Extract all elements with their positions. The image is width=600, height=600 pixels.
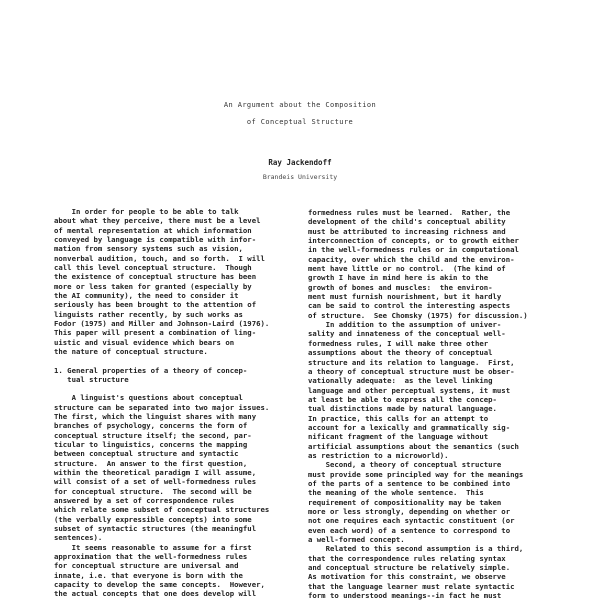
text-line: account for a lexically and grammaticall… xyxy=(308,423,560,432)
text-line: can be said to control the interesting a… xyxy=(308,301,560,310)
text-line: that the language learner must relate sy… xyxy=(308,582,560,591)
text-line: structure. An answer to the first questi… xyxy=(54,459,306,468)
text-line: 1. General properties of a theory of con… xyxy=(54,366,306,375)
text-line: for conceptual structure are universal a… xyxy=(54,561,306,570)
text-line: It seems reasonable to assume for a firs… xyxy=(54,543,306,552)
text-line xyxy=(54,384,306,393)
text-line: conveyed by language is compatible with … xyxy=(54,235,306,244)
text-line: uistic and visual evidence which bears o… xyxy=(54,338,306,347)
text-line: conceptual structure itself; the second,… xyxy=(54,431,306,440)
text-line: call this level conceptual structure. Th… xyxy=(54,263,306,272)
text-line: sentences). xyxy=(54,533,306,542)
text-line: approximation that the well-formedness r… xyxy=(54,552,306,561)
text-line: even each word) of a sentence to corresp… xyxy=(308,526,560,535)
text-line: growth I have in mind here is akin to th… xyxy=(308,273,560,282)
text-line: seriously has been brought to the attent… xyxy=(54,300,306,309)
text-line: language and other perceptual systems, i… xyxy=(308,386,560,395)
text-line: that the correspondence rules relating s… xyxy=(308,554,560,563)
text-line: the nature of conceptual structure. xyxy=(54,347,306,356)
text-line: In practice, this calls for an attempt t… xyxy=(308,414,560,423)
text-line: between conceptual structure and syntact… xyxy=(54,449,306,458)
text-line: linguists rather recently, by such works… xyxy=(54,310,306,319)
text-line: structure and its relation to language. … xyxy=(308,358,560,367)
text-line: answered by a set of correspondence rule… xyxy=(54,496,306,505)
text-line: formedness rules must be learned. Rather… xyxy=(308,208,560,217)
text-line: which relate some subset of conceptual s… xyxy=(54,505,306,514)
text-line: branches of psychology, concerns the for… xyxy=(54,421,306,430)
right-text-column: formedness rules must be learned. Rather… xyxy=(308,208,560,600)
text-line: formedness rules, I will make three othe… xyxy=(308,339,560,348)
text-line: ment must furnish nourishment, but it ha… xyxy=(308,292,560,301)
text-line: the AI community), the need to consider … xyxy=(54,291,306,300)
text-line: vationally adequate: as the level linkin… xyxy=(308,376,560,385)
text-line: of the parts of a sentence to be combine… xyxy=(308,479,560,488)
text-line: more or less strongly, depending on whet… xyxy=(308,507,560,516)
text-line: must be attributed to increasing richnes… xyxy=(308,227,560,236)
text-line: a theory of conceptual structure must be… xyxy=(308,367,560,376)
text-line: for conceptual structure. The second wil… xyxy=(54,487,306,496)
text-line: In addition to the assumption of univer- xyxy=(308,320,560,329)
text-line: Second, a theory of conceptual structure xyxy=(308,460,560,469)
text-line: This paper will present a combination of… xyxy=(54,328,306,337)
text-line: form to understood meanings--in fact he … xyxy=(308,591,560,600)
author-name: Ray Jackendoff xyxy=(0,158,600,167)
text-line: In order for people to be able to talk xyxy=(54,207,306,216)
text-line: Related to this second assumption is a t… xyxy=(308,544,560,553)
text-line: As motivation for this constraint, we ob… xyxy=(308,572,560,581)
text-line: within the theoretical paradigm I will a… xyxy=(54,468,306,477)
text-line: mation from sensory systems such as visi… xyxy=(54,244,306,253)
text-line: growth of bones and muscles: the environ… xyxy=(308,283,560,292)
text-line: subset of syntactic structures (the mean… xyxy=(54,524,306,533)
text-line: innate, i.e. that everyone is born with … xyxy=(54,571,306,580)
text-line: a well-formed concept. xyxy=(308,535,560,544)
text-line: not one requires each syntactic constitu… xyxy=(308,516,560,525)
text-line: of mental representation at which inform… xyxy=(54,226,306,235)
left-text-column: In order for people to be able to talkab… xyxy=(54,207,306,599)
author-affiliation: Brandeis University xyxy=(0,173,600,181)
text-line: in the well-formedness rules or in compu… xyxy=(308,245,560,254)
text-line: artificial assumptions about the semanti… xyxy=(308,442,560,451)
text-line: about what they perceive, there must be … xyxy=(54,216,306,225)
text-line: development of the child's conceptual ab… xyxy=(308,217,560,226)
text-line: of structure. See Chomsky (1975) for dis… xyxy=(308,311,560,320)
text-line: tual distinctions made by natural langua… xyxy=(308,404,560,413)
text-line: ticular to linguistics, concerns the map… xyxy=(54,440,306,449)
text-line: structure can be separated into two majo… xyxy=(54,403,306,412)
text-line: the actual concepts that one does develo… xyxy=(54,589,306,598)
text-line: at least be able to express all the conc… xyxy=(308,395,560,404)
text-line: capacity, over which the child and the e… xyxy=(308,255,560,264)
text-line: as restriction to a microworld). xyxy=(308,451,560,460)
paper-title-line-1: An Argument about the Composition xyxy=(0,101,600,109)
text-line: capacity to develop the same concepts. H… xyxy=(54,580,306,589)
text-line: assumptions about the theory of conceptu… xyxy=(308,348,560,357)
text-line: (the verbally expressible concepts) into… xyxy=(54,515,306,524)
text-line: will consist of a set of well-formedness… xyxy=(54,477,306,486)
text-line: the existence of conceptual structure ha… xyxy=(54,272,306,281)
text-line: must provide some principled way for the… xyxy=(308,470,560,479)
text-line: nificant fragment of the language withou… xyxy=(308,432,560,441)
text-line: sality and innateness of the conceptual … xyxy=(308,329,560,338)
text-line: the meaning of the whole sentence. This xyxy=(308,488,560,497)
paper-title-line-2: of Conceptual Structure xyxy=(0,118,600,126)
text-line: requirement of compositionality may be t… xyxy=(308,498,560,507)
text-line xyxy=(54,357,306,366)
text-line: more or less taken for granted (especial… xyxy=(54,282,306,291)
text-line: The first, which the linguist shares wit… xyxy=(54,412,306,421)
text-line: A linguist's questions about conceptual xyxy=(54,393,306,402)
text-line: interconnection of concepts, or to growt… xyxy=(308,236,560,245)
text-line: Fodor (1975) and Miller and Johnson-Lair… xyxy=(54,319,306,328)
text-line: and conceptual structure be relatively s… xyxy=(308,563,560,572)
text-line: nonverbal audition, touch, and so forth.… xyxy=(54,254,306,263)
text-line: ment have little or no control. (The kin… xyxy=(308,264,560,273)
text-line: tual structure xyxy=(54,375,306,384)
